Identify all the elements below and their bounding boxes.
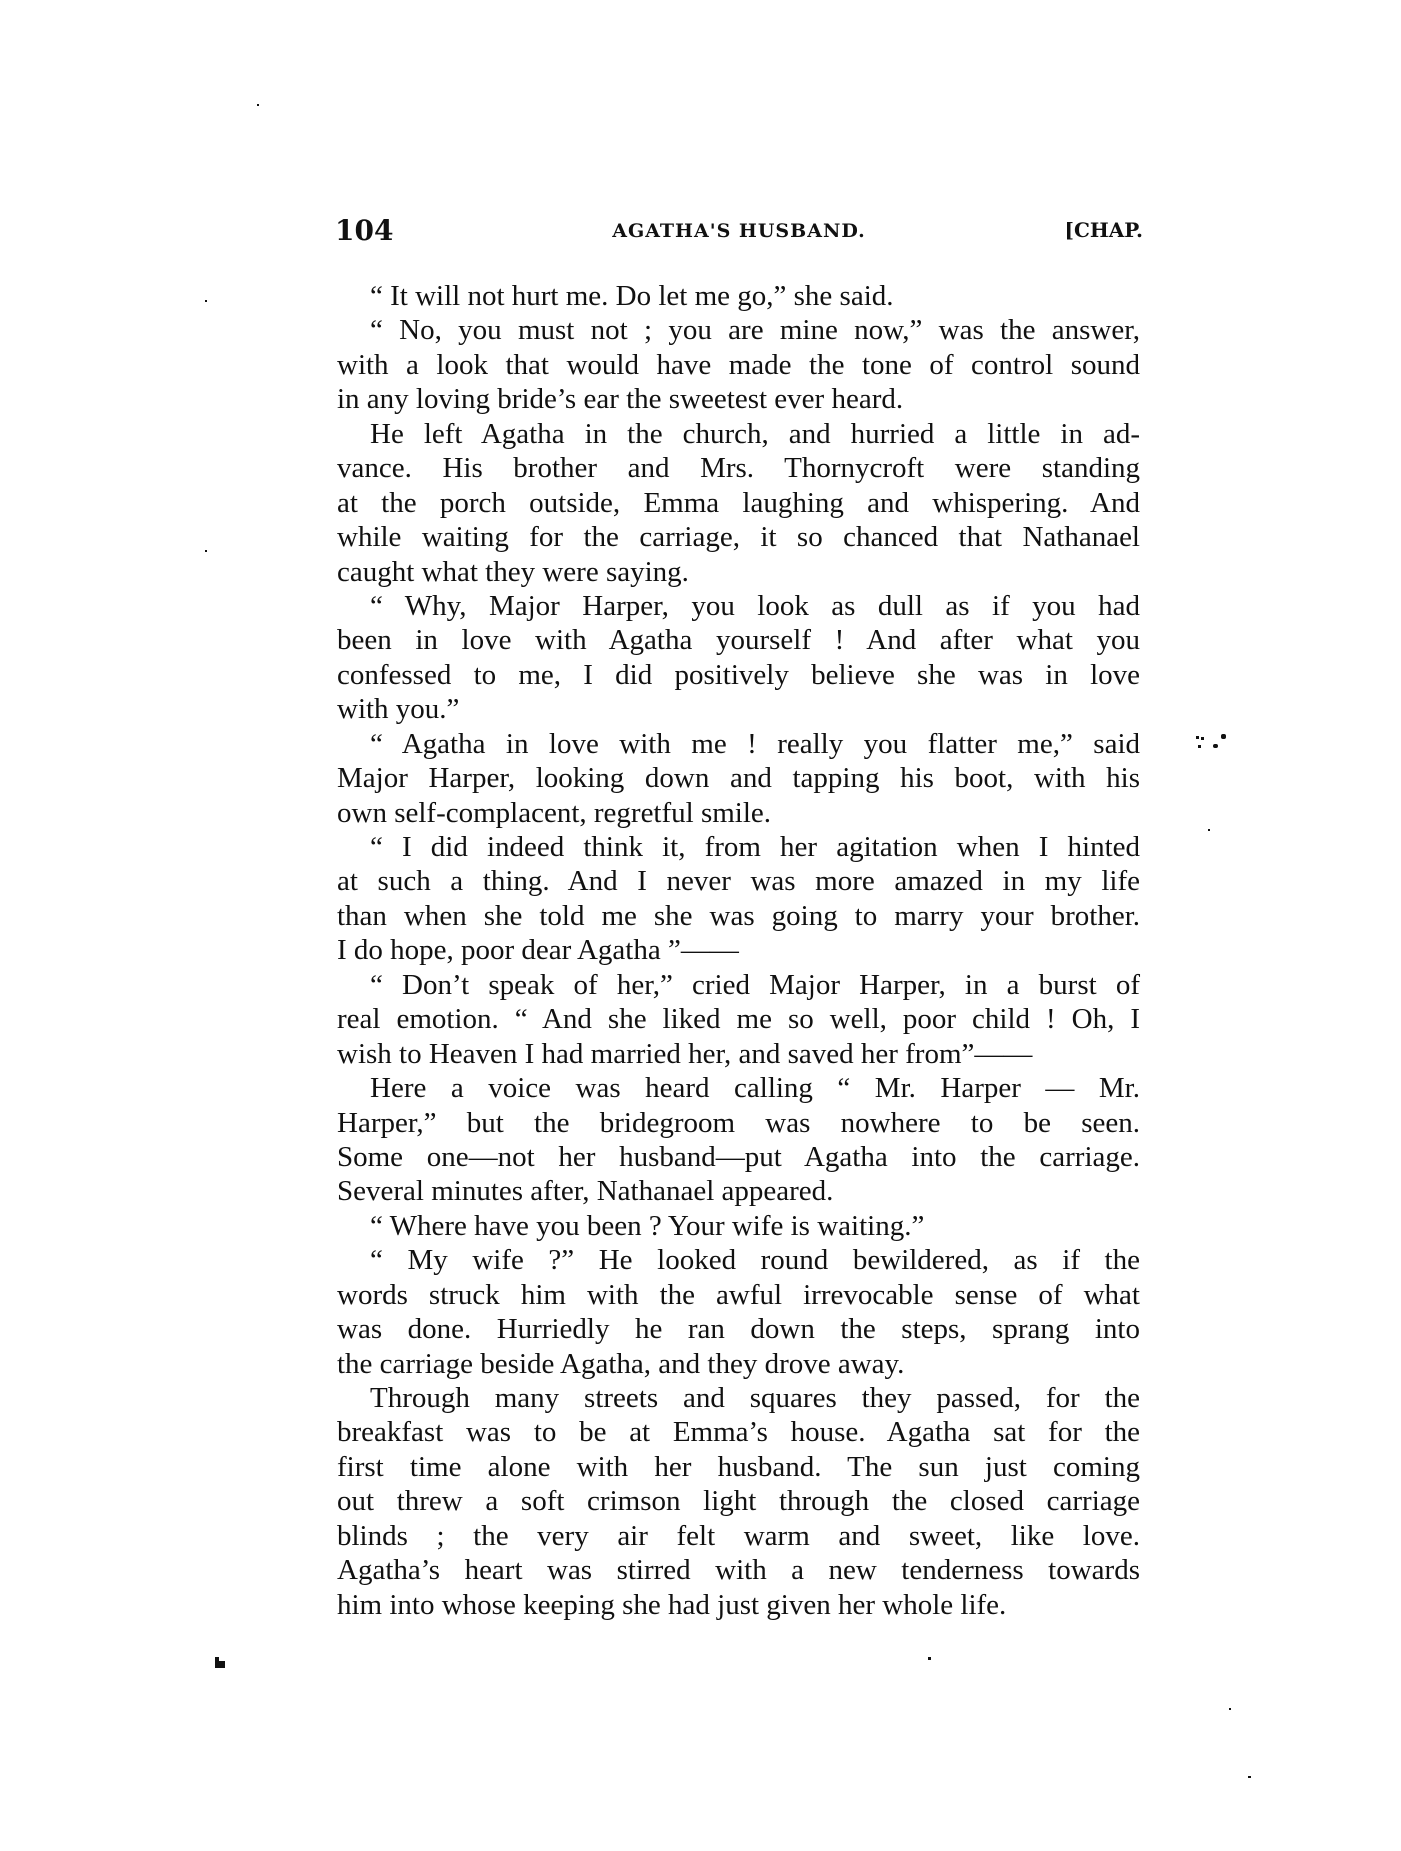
text-line: Agatha’s heart was stirred with a new te… (337, 1553, 1140, 1587)
scan-speck (1201, 737, 1204, 740)
text-line: “ My wife ?” He looked round bewildered,… (337, 1243, 1140, 1277)
text-line: out threw a soft crimson light through t… (337, 1484, 1140, 1518)
text-line: him into whose keeping she had just give… (337, 1588, 1140, 1622)
text-line: “ Agatha in love with me ! really you fl… (337, 727, 1140, 761)
body-text: “ It will not hurt me. Do let me go,” sh… (337, 279, 1140, 1622)
text-line: in any loving bride’s ear the sweetest e… (337, 382, 1140, 416)
scan-speck (257, 104, 259, 106)
running-title: AGATHA'S HUSBAND. (335, 220, 1143, 242)
text-line: “ It will not hurt me. Do let me go,” sh… (337, 279, 1140, 313)
scan-speck (928, 1657, 931, 1660)
running-head: 104 AGATHA'S HUSBAND. [CHAP. (335, 214, 1143, 246)
scan-speck (1229, 1708, 1231, 1710)
text-line: “ Where have you been ? Your wife is wai… (337, 1209, 1140, 1243)
text-line: own self-complacent, regretful smile. (337, 796, 1140, 830)
text-line: than when she told me she was going to m… (337, 899, 1140, 933)
text-line: the carriage beside Agatha, and they dro… (337, 1347, 1140, 1381)
text-line: confessed to me, I did positively believ… (337, 658, 1140, 692)
text-line: first time alone with her husband. The s… (337, 1450, 1140, 1484)
scan-speck (205, 300, 207, 302)
text-line: I do hope, poor dear Agatha ”—— (337, 933, 1140, 967)
text-line: He left Agatha in the church, and hurrie… (337, 417, 1140, 451)
text-line: with you.” (337, 692, 1140, 726)
text-line: Here a voice was heard calling “ Mr. Har… (337, 1071, 1140, 1105)
text-line: blinds ; the very air felt warm and swee… (337, 1519, 1140, 1553)
scan-speck (205, 550, 207, 552)
text-line: Some one—not her husband—put Agatha into… (337, 1140, 1140, 1174)
text-line: real emotion. “ And she liked me so well… (337, 1002, 1140, 1036)
text-line: Major Harper, looking down and tapping h… (337, 761, 1140, 795)
scan-speck (218, 1661, 225, 1668)
text-line: vance. His brother and Mrs. Thornycroft … (337, 451, 1140, 485)
scan-speck (1213, 744, 1218, 748)
text-line: while waiting for the carriage, it so ch… (337, 520, 1140, 554)
scan-speck (1248, 1776, 1251, 1778)
text-line: at the porch outside, Emma laughing and … (337, 486, 1140, 520)
scan-speck (1196, 736, 1199, 739)
text-line: “ Why, Major Harper, you look as dull as… (337, 589, 1140, 623)
text-line: words struck him with the awful irrevoca… (337, 1278, 1140, 1312)
text-line: was done. Hurriedly he ran down the step… (337, 1312, 1140, 1346)
scan-speck (1221, 734, 1226, 739)
text-line: at such a thing. And I never was more am… (337, 864, 1140, 898)
scan-speck (1208, 829, 1210, 831)
text-line: breakfast was to be at Emma’s house. Aga… (337, 1415, 1140, 1449)
scan-speck (1198, 745, 1201, 748)
text-line: caught what they were saying. (337, 555, 1140, 589)
text-line: been in love with Agatha yourself ! And … (337, 623, 1140, 657)
text-line: “ Don’t speak of her,” cried Major Harpe… (337, 968, 1140, 1002)
text-line: wish to Heaven I had married her, and sa… (337, 1037, 1140, 1071)
text-line: “ No, you must not ; you are mine now,” … (337, 313, 1140, 347)
text-line: Harper,” but the bridegroom was nowhere … (337, 1106, 1140, 1140)
text-line: Several minutes after, Nathanael appeare… (337, 1174, 1140, 1208)
chapter-mark: [CHAP. (1065, 218, 1144, 242)
text-line: Through many streets and squares they pa… (337, 1381, 1140, 1415)
text-line: with a look that would have made the ton… (337, 348, 1140, 382)
text-line: “ I did indeed think it, from her agitat… (337, 830, 1140, 864)
book-page: 104 AGATHA'S HUSBAND. [CHAP. “ It will n… (0, 0, 1401, 1851)
